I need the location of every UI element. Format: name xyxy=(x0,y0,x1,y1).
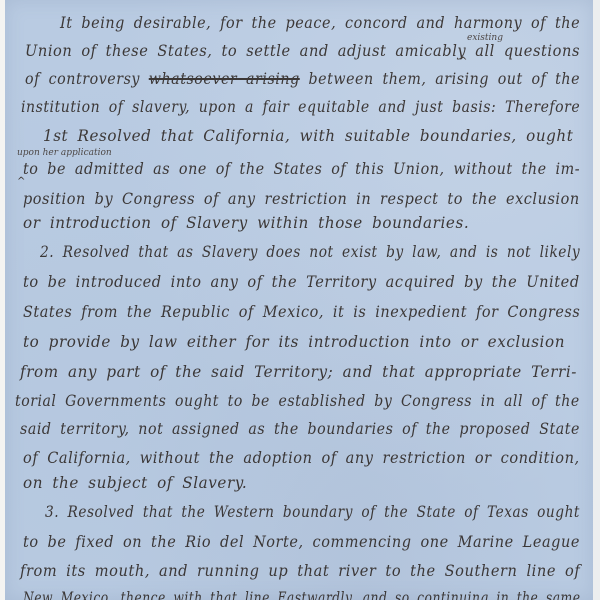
resolution-2-line-2: to be introduced into any of the Territo… xyxy=(23,273,558,291)
resolution-3-line-1: 3. Resolved that the Western boundary of… xyxy=(45,503,529,521)
resolution-3-line-2: to be fixed on the Rio del Norte, commen… xyxy=(23,533,555,551)
resolution-1-line-1: 1st Resolved that California, with suita… xyxy=(43,127,580,145)
resolution-2-line-1: 2. Resolved that as Slavery does not exi… xyxy=(40,243,531,261)
preamble-line-3-text-a: of controversy xyxy=(25,70,140,88)
resolution-2-line-6: torial Governments ought to be establish… xyxy=(15,392,539,410)
insertion-caret-icon: ^ xyxy=(459,56,467,67)
resolution-1-line-2: to be admitted as one of the States of t… xyxy=(23,160,550,178)
resolution-2-line-7: said territory, not assigned as the boun… xyxy=(20,420,544,438)
preamble-line-1: It being desirable, for the peace, conco… xyxy=(60,14,554,32)
resolution-3-line-3: from its mouth, and running up that rive… xyxy=(20,562,559,580)
preamble-line-3-text-b: between them, arising out of the xyxy=(308,70,580,88)
resolution-2-line-5: from any part of the said Territory; and… xyxy=(20,363,580,381)
resolution-1-line-4: or introduction of Slavery within those … xyxy=(23,214,580,232)
manuscript-page: It being desirable, for the peace, conco… xyxy=(5,0,593,600)
preamble-line-2: Union of these States, to settle and adj… xyxy=(25,42,559,60)
page-edge-right xyxy=(593,0,600,600)
resolution-1-insert: upon her application xyxy=(17,148,112,158)
resolution-2-line-4: to provide by law either for its introdu… xyxy=(23,333,580,351)
preamble-line-2-text: Union of these States, to settle and adj… xyxy=(25,42,495,60)
resolution-3-line-4: New Mexico, thence with that line Eastwa… xyxy=(23,589,476,600)
preamble-line-4: institution of slavery, upon a fair equi… xyxy=(21,98,539,116)
resolution-1-line-3: position by Congress of any restriction … xyxy=(23,190,554,208)
preamble-line-2-questions: questions xyxy=(504,42,580,60)
insertion-caret-icon-2: ^ xyxy=(17,176,25,187)
resolution-2-line-9: on the subject of Slavery. xyxy=(23,474,580,492)
struck-out-text: whatsoever arising xyxy=(149,70,300,88)
resolution-2-line-8: of California, without the adoption of a… xyxy=(23,449,558,467)
preamble-line-3: of controversy whatsoever arising betwee… xyxy=(25,70,546,88)
resolution-2-line-3: States from the Republic of Mexico, it i… xyxy=(23,303,553,321)
